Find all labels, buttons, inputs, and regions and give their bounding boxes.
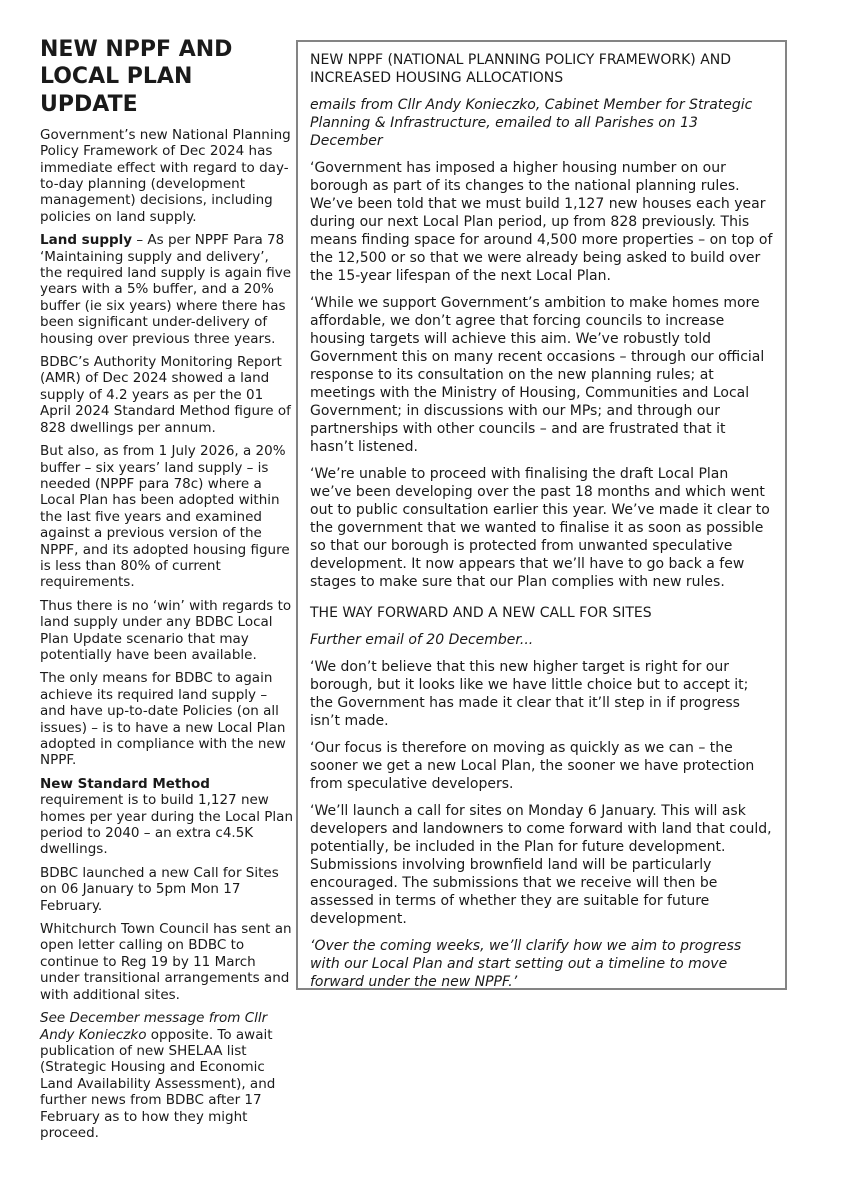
text-run: ‘We’re unable to proceed with finalising…	[310, 466, 770, 590]
text-run: New Standard Method	[40, 776, 210, 792]
text-run: ‘Over the coming weeks, we’ll clarify ho…	[310, 938, 741, 990]
paragraph: Government’s new National Planning Polic…	[40, 127, 294, 225]
text-run: Thus there is no ‘win’ with regards to l…	[40, 598, 291, 663]
paragraph: BDBC’s Authority Monitoring Report (AMR)…	[40, 354, 294, 436]
text-run: Further email of 20 December...	[310, 632, 533, 648]
text-run: ‘We don’t believe that this new higher t…	[310, 659, 748, 729]
text-run: ‘Our focus is therefore on moving as qui…	[310, 740, 754, 792]
text-run: – As per NPPF Para 78 ‘Maintaining suppl…	[40, 232, 291, 346]
left-column: NEW NPPF AND LOCAL PLAN UPDATE Governmen…	[40, 36, 294, 1148]
paragraph: See December message from Cllr Andy Koni…	[40, 1010, 294, 1141]
text-run: ‘Government has imposed a higher housing…	[310, 160, 772, 284]
paragraph: Further email of 20 December...	[310, 631, 773, 649]
text-run: Whitchurch Town Council has sent an open…	[40, 921, 292, 1003]
text-run: NEW NPPF (NATIONAL PLANNING POLICY FRAME…	[310, 52, 731, 86]
paragraph: BDBC launched a new Call for Sites on 06…	[40, 865, 294, 914]
paragraph: emails from Cllr Andy Konieczko, Cabinet…	[310, 96, 773, 150]
text-run: But also, as from 1 July 2026, a 20% buf…	[40, 443, 290, 590]
paragraph: ‘Our focus is therefore on moving as qui…	[310, 739, 773, 793]
paragraph: Thus there is no ‘win’ with regards to l…	[40, 598, 294, 664]
text-run: Land supply	[40, 232, 132, 248]
paragraph: ‘Over the coming weeks, we’ll clarify ho…	[310, 937, 773, 991]
paragraph: New Standard Method requirement is to bu…	[40, 776, 294, 858]
text-run: ‘While we support Government’s ambition …	[310, 295, 764, 455]
page-title: NEW NPPF AND LOCAL PLAN UPDATE	[40, 36, 294, 118]
section-heading: NEW NPPF (NATIONAL PLANNING POLICY FRAME…	[310, 51, 773, 87]
text-run: Government’s new National Planning Polic…	[40, 127, 291, 225]
paragraph: ‘While we support Government’s ambition …	[310, 294, 773, 456]
paragraph: ‘We’ll launch a call for sites on Monday…	[310, 802, 773, 928]
text-run: BDBC’s Authority Monitoring Report (AMR)…	[40, 354, 291, 436]
paragraph: The only means for BDBC to again achieve…	[40, 670, 294, 768]
paragraph: ‘Government has imposed a higher housing…	[310, 159, 773, 285]
paragraph: ‘We’re unable to proceed with finalising…	[310, 465, 773, 591]
section-heading: THE WAY FORWARD AND A NEW CALL FOR SITES	[310, 604, 773, 622]
sidebar-box-email-updates: NEW NPPF (NATIONAL PLANNING POLICY FRAME…	[296, 40, 787, 990]
text-run: BDBC launched a new Call for Sites on 06…	[40, 865, 279, 914]
text-run: requirement is to build 1,127 new homes …	[40, 792, 293, 857]
right-box-paragraphs: NEW NPPF (NATIONAL PLANNING POLICY FRAME…	[310, 51, 773, 991]
text-run: The only means for BDBC to again achieve…	[40, 670, 286, 768]
text-run: emails from Cllr Andy Konieczko, Cabinet…	[310, 97, 752, 149]
paragraph: But also, as from 1 July 2026, a 20% buf…	[40, 443, 294, 591]
text-run: opposite. To await publication of new SH…	[40, 1027, 275, 1141]
paragraph: ‘We don’t believe that this new higher t…	[310, 658, 773, 730]
left-column-paragraphs: Government’s new National Planning Polic…	[40, 127, 294, 1142]
text-run: ‘We’ll launch a call for sites on Monday…	[310, 803, 772, 927]
paragraph: Land supply – As per NPPF Para 78 ‘Maint…	[40, 232, 294, 347]
paragraph: Whitchurch Town Council has sent an open…	[40, 921, 294, 1003]
text-run: THE WAY FORWARD AND A NEW CALL FOR SITES	[310, 605, 652, 621]
